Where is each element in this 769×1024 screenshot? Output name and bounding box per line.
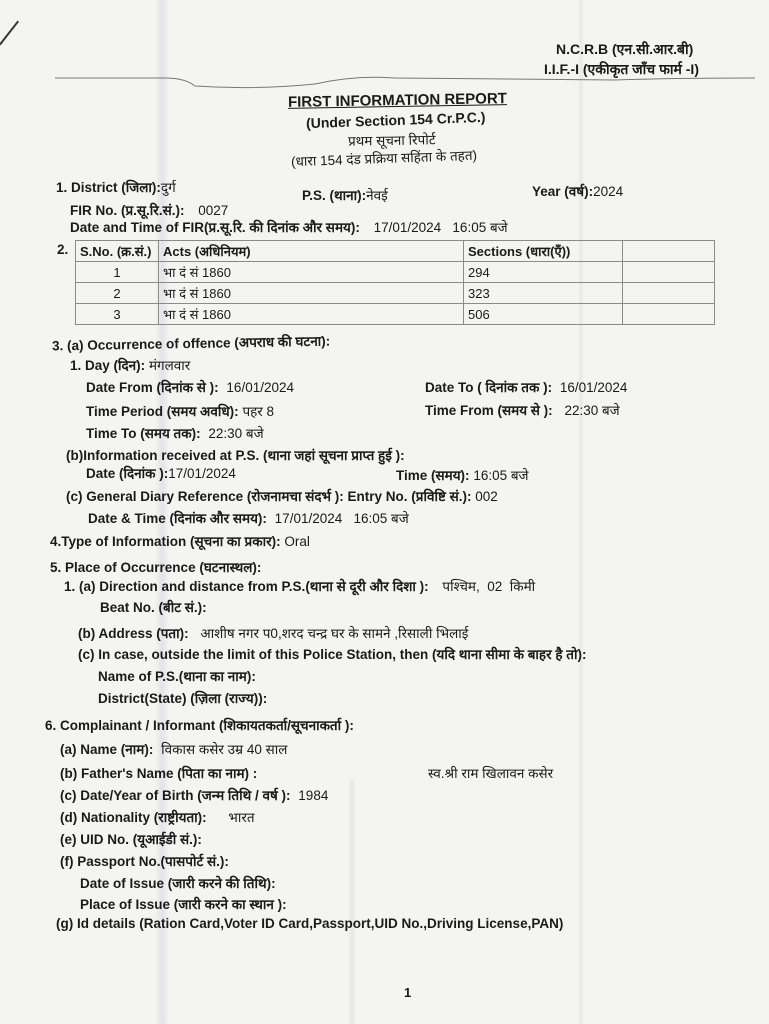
- year-label: Year (वर्ष):: [532, 184, 593, 199]
- cell-sno: 2: [76, 283, 159, 304]
- passport-label: (f) Passport No.(पासपोर्ट सं.):: [60, 852, 229, 870]
- time-to-label: Time To (समय तक):: [86, 426, 201, 441]
- header-acts: Acts (अधिनियम): [159, 241, 464, 262]
- table-row: 3 भा दं सं 1860 506: [76, 304, 715, 325]
- complainant-heading: 6. Complainant / Informant (शिकायतकर्ता/…: [45, 716, 354, 734]
- fir-document-page: N.C.R.B (एन.सी.आर.बी) I.I.F.-I (एकीकृत ज…: [0, 0, 769, 1024]
- subtitle-english: (Under Section 154 Cr.P.C.): [306, 109, 486, 131]
- date-to-field: Date To ( दिनांक तक ): 16/01/2024: [425, 378, 627, 396]
- cell-section: 294: [464, 262, 623, 283]
- issue-date-label: Date of Issue (जारी करने की तिथि):: [80, 874, 276, 892]
- dob-value: 1984: [298, 788, 328, 803]
- cell-blank: [623, 283, 715, 304]
- date-from-label: Date From (दिनांक से ):: [86, 380, 219, 395]
- document-title: FIRST INFORMATION REPORT: [288, 90, 507, 111]
- direction-field: 1. (a) Direction and distance from P.S.(…: [64, 577, 535, 595]
- gd-entry-label: Entry No. (प्रविष्टि सं.):: [348, 489, 472, 504]
- gd-entry-value: 002: [475, 489, 498, 504]
- nationality-value: भारत: [228, 810, 254, 825]
- section-2-number: 2.: [57, 242, 68, 257]
- gd-datetime-field: Date & Time (दिनांक और समय): 17/01/2024 …: [88, 509, 409, 527]
- paper-fold: [348, 780, 356, 1024]
- time-to-field: Time To (समय तक): 22:30 बजे: [86, 424, 264, 442]
- cell-act: भा दं सं 1860: [159, 304, 464, 325]
- complainant-name-field: (a) Name (नाम): विकास कसेर उम्र 40 साल: [60, 740, 287, 758]
- table-row: 2 भा दं सं 1860 323: [76, 283, 715, 304]
- id-details-label: (g) Id details (Ration Card,Voter ID Car…: [56, 916, 563, 931]
- cell-section: 323: [464, 283, 623, 304]
- time-period-value: पहर 8: [242, 404, 274, 419]
- ps-label: P.S. (थाना):: [302, 188, 366, 203]
- pen-mark: [0, 21, 19, 46]
- nationality-label: (d) Nationality (राष्ट्रीयता):: [60, 810, 207, 825]
- cell-sno: 3: [76, 304, 159, 325]
- subtitle-hindi-section: (धारा 154 दंड प्रक्रिया सहिंता के तहत): [291, 146, 478, 170]
- cell-act: भा दं सं 1860: [159, 262, 464, 283]
- district-value: दुर्ग: [161, 180, 176, 195]
- dob-label: (c) Date/Year of Birth (जन्म तिथि / वर्ष…: [60, 788, 291, 803]
- fir-datetime-value: 17/01/2024 16:05 बजे: [374, 220, 508, 235]
- district-label: 1. District (जिला):: [56, 180, 161, 195]
- address-value: आशीष नगर प0,शरद चन्द्र घर के सामने ,रिसा…: [200, 626, 468, 641]
- day-value: मंगलवार: [149, 358, 190, 373]
- page-number: 1: [404, 985, 411, 1000]
- ps-field: P.S. (थाना):नेवई: [302, 186, 388, 204]
- general-diary-label: (c) General Diary Reference (रोजनामचा सं…: [66, 489, 344, 504]
- info-type-label: 4.Type of Information (सूचना का प्रकार):: [50, 534, 281, 549]
- ncrb-label: N.C.R.B (एन.सी.आर.बी): [556, 40, 693, 59]
- beat-label: Beat No. (बीट सं.):: [100, 600, 207, 615]
- district-state-label: District(State) (ज़िला (राज्य)):: [98, 689, 267, 707]
- cell-act: भा दं सं 1860: [159, 283, 464, 304]
- info-time-value: 16:05 बजे: [473, 468, 528, 483]
- info-date-label: Date (दिनांक ):: [86, 466, 168, 481]
- direction-label: 1. (a) Direction and distance from P.S.(…: [64, 579, 429, 594]
- fir-number-label: FIR No. (प्र.सू.रि.सं.):: [70, 203, 184, 218]
- date-from-field: Date From (दिनांक से ): 16/01/2024: [86, 378, 294, 396]
- time-from-field: Time From (समय से ): 22:30 बजे: [425, 401, 620, 419]
- direction-value: पश्चिम, 02 किमी: [442, 579, 535, 594]
- table-row: 1 भा दं सं 1860 294: [76, 262, 715, 283]
- fir-number-value: 0027: [198, 203, 228, 218]
- day-label: 1. Day (दिन):: [70, 358, 145, 373]
- time-to-value: 22:30 बजे: [208, 426, 263, 441]
- occurrence-heading: 3. (a) Occurrence of offence (अपराध की घ…: [52, 332, 331, 355]
- father-name-field: (b) Father's Name (पिता का नाम) :: [60, 764, 257, 782]
- time-period-field: Time Period (समय अवधि): पहर 8: [86, 402, 274, 420]
- ps-name-label: Name of P.S.(थाना का नाम):: [98, 667, 256, 685]
- date-to-value: 16/01/2024: [560, 380, 628, 395]
- issue-place-label: Place of Issue (जारी करने का स्थान ):: [80, 895, 287, 913]
- header-sections: Sections (धारा(एँ)): [464, 241, 623, 262]
- date-to-label: Date To ( दिनांक तक ):: [425, 380, 552, 395]
- fir-datetime-label: Date and Time of FIR(प्र.सू.रि. की दिनां…: [70, 220, 360, 235]
- time-from-label: Time From (समय से ):: [425, 403, 553, 418]
- complainant-name-value: विकास कसेर उम्र 40 साल: [161, 742, 287, 757]
- cell-blank: [623, 262, 715, 283]
- info-date-value: 17/01/2024: [168, 466, 236, 481]
- complainant-name-label: (a) Name (नाम):: [60, 742, 153, 757]
- iif-label: I.I.F.-I (एकीकृत जाँच फार्म -I): [544, 60, 699, 79]
- gd-datetime-value: 17/01/2024 16:05 बजे: [275, 511, 409, 526]
- uid-label: (e) UID No. (यूआईडी सं.):: [60, 830, 202, 848]
- info-time-label: Time (समय):: [396, 468, 470, 483]
- acts-sections-table: S.No. (क्र.सं.) Acts (अधिनियम) Sections …: [75, 240, 715, 325]
- info-type-field: 4.Type of Information (सूचना का प्रकार):…: [50, 532, 310, 550]
- info-type-value: Oral: [284, 534, 310, 549]
- cell-sno: 1: [76, 262, 159, 283]
- place-of-occurrence-heading: 5. Place of Occurrence (घटनास्थल):: [50, 558, 261, 576]
- address-label: (b) Address (पता):: [78, 626, 189, 641]
- ps-value: नेवई: [366, 188, 388, 203]
- fir-datetime-field: Date and Time of FIR(प्र.सू.रि. की दिनां…: [70, 218, 508, 236]
- year-field: Year (वर्ष):2024: [532, 182, 623, 200]
- table-header-row: S.No. (क्र.सं.) Acts (अधिनियम) Sections …: [76, 241, 715, 262]
- header-sno: S.No. (क्र.सं.): [76, 241, 159, 262]
- time-from-value: 22:30 बजे: [564, 403, 619, 418]
- beat-field: Beat No. (बीट सं.):: [100, 598, 207, 616]
- time-period-label: Time Period (समय अवधि):: [86, 404, 239, 419]
- outside-limit-label: (c) In case, outside the limit of this P…: [78, 645, 586, 663]
- year-value: 2024: [593, 184, 623, 199]
- cell-blank: [623, 304, 715, 325]
- info-received-heading: (b)Information received at P.S. (थाना जह…: [66, 446, 405, 464]
- header-blank: [623, 241, 715, 262]
- father-name-value: स्व.श्री राम खिलावन कसेर: [428, 764, 553, 782]
- nationality-field: (d) Nationality (राष्ट्रीयता): भारत: [60, 808, 255, 826]
- cell-section: 506: [464, 304, 623, 325]
- dob-field: (c) Date/Year of Birth (जन्म तिथि / वर्ष…: [60, 786, 328, 804]
- day-field: 1. Day (दिन): मंगलवार: [70, 356, 190, 374]
- info-time-field: Time (समय): 16:05 बजे: [396, 466, 529, 484]
- address-field: (b) Address (पता): आशीष नगर प0,शरद चन्द्…: [78, 624, 468, 642]
- date-from-value: 16/01/2024: [226, 380, 294, 395]
- father-name-label: (b) Father's Name (पिता का नाम) :: [60, 766, 257, 781]
- gd-datetime-label: Date & Time (दिनांक और समय):: [88, 511, 267, 526]
- info-date-field: Date (दिनांक ):17/01/2024: [86, 464, 236, 482]
- fir-number-field: FIR No. (प्र.सू.रि.सं.): 0027: [70, 201, 228, 219]
- general-diary-field: (c) General Diary Reference (रोजनामचा सं…: [66, 487, 498, 505]
- district-field: 1. District (जिला):दुर्ग: [56, 178, 176, 196]
- paper-fold: [578, 0, 584, 1024]
